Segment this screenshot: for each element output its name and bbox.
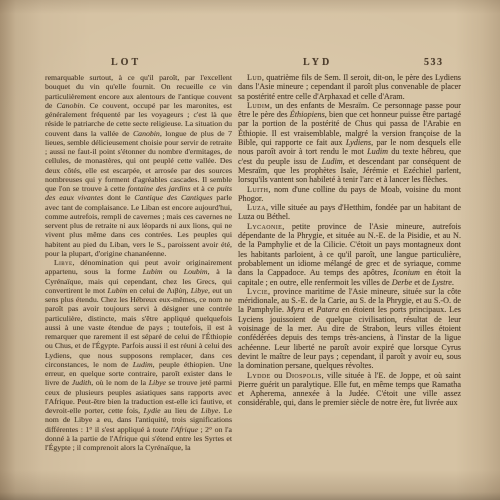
body-text: et à ce: [191, 184, 217, 193]
page-header: LOT LYD 533: [0, 57, 500, 71]
paragraph: Libye, dénomination qui peut avoir origi…: [45, 258, 232, 452]
paragraph: Lud, quatrième fils de Sem. Il seroit, d…: [238, 73, 461, 101]
entry-headword: Lud: [247, 73, 262, 82]
body-text: , ville située au pays d'Hetthim, fondée…: [238, 203, 461, 221]
italic-term: Ludim: [367, 147, 388, 156]
paragraph: Lydde ou Diospolis, ville située à l'E. …: [238, 371, 461, 408]
body-text: , quatrième fils de Sem. Il seroit, dit-…: [238, 73, 461, 101]
paragraph: Lycie, province maritime de l'Asie mineu…: [238, 287, 461, 371]
body-text: dont le: [103, 193, 134, 202]
italic-term: Myra: [287, 305, 305, 314]
entry-headword: Lycie: [247, 287, 268, 296]
paragraph: Luith, nom d'une colline du pays de Moab…: [238, 185, 461, 204]
body-text: .: [452, 278, 454, 287]
body-text: en étoient les ports principaux. Les Lyc…: [238, 305, 461, 370]
book-page-scan: LOT LYD 533 remarquable surtout, à ce qu…: [0, 0, 500, 500]
paragraph: Ludim, un des enfants de Mesraïm. Ce per…: [238, 101, 461, 185]
italic-term: Libye: [201, 406, 218, 415]
body-text: , où le nom de la: [91, 378, 148, 387]
body-text: parle avec tant de complaisance. Le Liba…: [45, 193, 232, 258]
running-title-left: LOT: [111, 57, 141, 68]
paragraph: Luza, ville située au pays d'Hetthim, fo…: [238, 203, 461, 222]
italic-term: Libye: [191, 286, 208, 295]
italic-term: Libye: [149, 378, 166, 387]
entry-headword: Luith: [247, 185, 268, 194]
entry-headword: Luza: [247, 203, 266, 212]
body-text: au lieu de: [161, 406, 201, 415]
entry-headword: Diospolis: [286, 371, 322, 380]
italic-term: toute l'Afrique: [153, 425, 198, 434]
entry-headword: Lycaonie: [247, 222, 282, 231]
italic-term: Lydiens: [346, 138, 371, 147]
italic-term: Cantique des Cantiques: [134, 193, 212, 202]
italic-term: Ludim: [133, 360, 153, 369]
italic-term: Iconium: [393, 268, 420, 277]
right-text-column: Lud, quatrième fils de Sem. Il seroit, d…: [238, 73, 461, 408]
body-text: ou: [163, 267, 184, 276]
italic-term: Lydie: [144, 406, 161, 415]
page-number: 533: [424, 57, 444, 68]
italic-term: Lystre: [432, 278, 452, 287]
body-text: ou: [271, 371, 286, 380]
paragraph: remarquable surtout, à ce qu'il paroît, …: [45, 73, 232, 258]
body-text: , nom d'une colline du pays de Moab, voi…: [238, 185, 461, 203]
entry-headword: Libye: [54, 258, 72, 267]
body-text: et: [305, 305, 317, 314]
italic-term: Patara: [316, 305, 339, 314]
italic-term: Loubim: [184, 267, 208, 276]
body-text: et de: [412, 278, 432, 287]
italic-term: Lubim: [108, 286, 128, 295]
left-text-column: remarquable surtout, à ce qu'il paroît, …: [45, 73, 232, 452]
italic-term: Judith: [72, 378, 92, 387]
italic-term: Éthiopiens: [290, 110, 325, 119]
italic-term: Ludim: [322, 157, 343, 166]
body-text: , eut un sens plus étendu. Chez les Hébr…: [45, 286, 232, 369]
paragraph: Lycaonie, petite province de l'Asie mine…: [238, 222, 461, 287]
running-title-right: LYD: [303, 57, 332, 68]
italic-term: Derbe: [392, 278, 412, 287]
italic-term: Canobin: [57, 101, 84, 110]
entry-headword: Ludim: [247, 101, 270, 110]
italic-term: Canobin: [133, 129, 160, 138]
body-text: en celui de Λιβύη,: [127, 286, 190, 295]
entry-headword: Lydde: [247, 371, 271, 380]
italic-term: fontaine des jardins: [128, 184, 191, 193]
italic-term: Lubim: [143, 267, 163, 276]
